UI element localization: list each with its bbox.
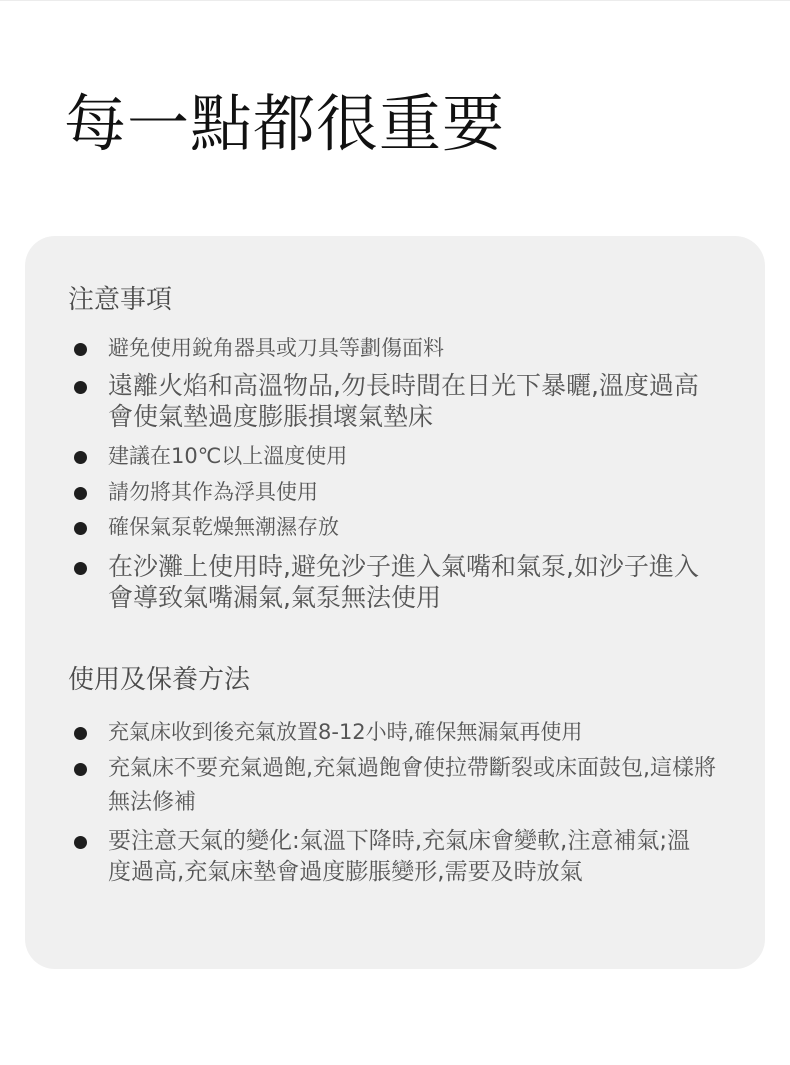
bullet-icon: [74, 343, 87, 356]
info-card: 注意事項 避免使用銳角器具或刀具等劃傷面料 遠離火焰和高溫物品,勿長時間在日光下…: [25, 236, 765, 969]
top-divider: [0, 0, 790, 1]
page-title: 每一點都很重要: [64, 84, 505, 164]
bullet-icon: [74, 836, 87, 849]
list-item-text: 確保氣泵乾燥無潮濕存放: [108, 512, 728, 542]
bullet-icon: [74, 522, 87, 535]
list-item-text: 避免使用銳角器具或刀具等劃傷面料: [108, 333, 728, 363]
bullet-icon: [74, 487, 87, 500]
list-item-text: 請勿將其作為浮具使用: [108, 477, 728, 507]
list-item-text: 充氣床不要充氣過飽,充氣過飽會使拉帶斷裂或床面鼓包,這樣將無法修補: [108, 752, 723, 820]
list-item-text: 要注意天氣的變化:氣溫下降時,充氣床會變軟,注意補氣;溫度過高,充氣床墊會過度膨…: [108, 826, 708, 888]
list-item-text: 遠離火焰和高溫物品,勿長時間在日光下暴曬,溫度過高會使氣墊過度膨脹損壞氣墊床: [108, 370, 720, 432]
list-item-text: 建議在10℃以上溫度使用: [108, 441, 728, 471]
list-item-text: 充氣床收到後充氣放置8-12小時,確保無漏氣再使用: [108, 717, 728, 747]
bullet-icon: [74, 381, 87, 394]
bullet-icon: [74, 763, 87, 776]
bullet-icon: [74, 451, 87, 464]
bullet-icon: [74, 562, 87, 575]
section-heading-precautions: 注意事項: [68, 283, 172, 317]
list-item-text: 在沙灘上使用時,避免沙子進入氣嘴和氣泵,如沙子進入會導致氣嘴漏氣,氣泵無法使用: [108, 551, 720, 613]
section-heading-usage-care: 使用及保養方法: [68, 663, 250, 697]
bullet-icon: [74, 727, 87, 740]
